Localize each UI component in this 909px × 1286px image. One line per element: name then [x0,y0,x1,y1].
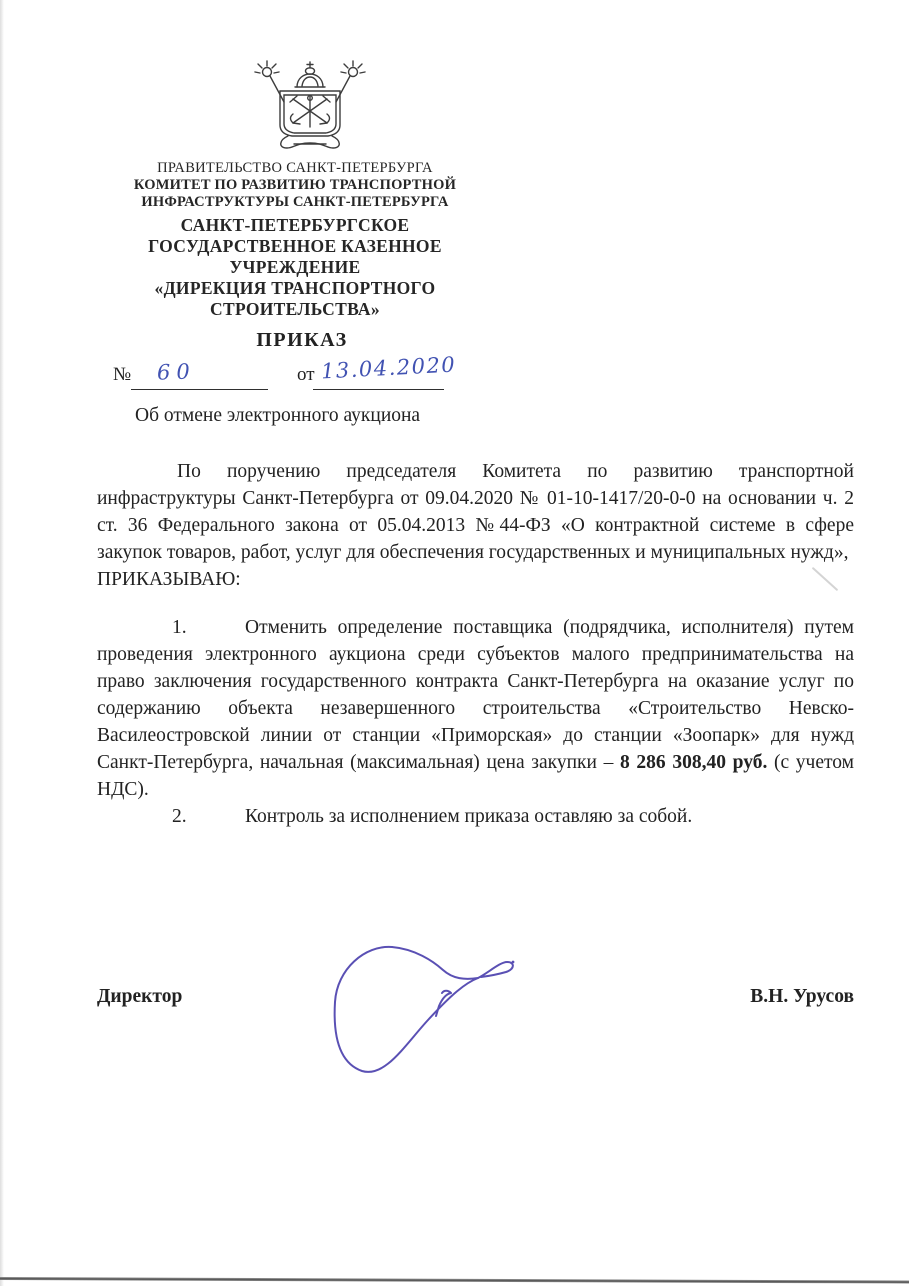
document-title: ПРИКАЗ [117,329,487,352]
handwritten-order-date: 13.04.2020 [320,352,456,383]
item-text: Отменить определение поставщика (подрядч… [97,617,854,773]
signature-stroke-top [392,947,478,979]
item-number: 1. [172,614,245,641]
signer-name: В.Н. Урусов [750,986,854,1008]
resolution-heading: ПРИКАЗЫВАЮ: [97,566,854,593]
item-text: Контроль за исполнением приказа оставляю… [245,806,692,827]
coat-of-arms-icon [250,60,370,158]
document-body: По поручению председателя Комитета по ра… [97,458,854,830]
order-item-1: 1.Отменить определение поставщика (подря… [97,614,854,803]
handwritten-order-number: 60 [157,359,197,384]
scanned-order-document: ПРАВИТЕЛЬСТВО САНКТ-ПЕТЕРБУРГА КОМИТЕТ П… [0,0,909,1286]
number-date-row: № 60 от 13.04.2020 [113,361,473,391]
government-name: ПРАВИТЕЛЬСТВО САНКТ-ПЕТЕРБУРГА [117,160,473,177]
handwritten-signature [325,933,535,1083]
scan-edge-bottom [0,1277,909,1284]
crown-icon [295,62,325,87]
signature-row: Директор В.Н. Урусов [97,986,854,1008]
number-blank-line: 60 [131,361,268,390]
date-blank-line: 13.04.2020 [313,361,444,390]
organization-name-line: СТРОИТЕЛЬСТВА» [117,299,473,320]
item-number: 2. [172,803,245,830]
ribbon-icon [281,136,340,148]
date-label: от [297,364,315,386]
number-label: № [113,364,131,386]
signature-ink-dot [512,961,515,964]
organization-name-line: УЧРЕЖДЕНИЕ [117,257,473,278]
committee-name-line1: КОМИТЕТ ПО РАЗВИТИЮ ТРАНСПОРТНОЙ [117,177,473,194]
organization-name-line: САНКТ-ПЕТЕРБУРГСКОЕ [117,215,473,236]
letterhead: ПРАВИТЕЛЬСТВО САНКТ-ПЕТЕРБУРГА КОМИТЕТ П… [117,160,473,320]
order-subject: Об отмене электронного аукциона [135,405,420,427]
scan-edge-left [0,0,4,1286]
organization-name-line: «ДИРЕКЦИЯ ТРАНСПОРТНОГО [117,278,473,299]
preamble-paragraph: По поручению председателя Комитета по ра… [97,458,854,566]
organization-name: САНКТ-ПЕТЕРБУРГСКОЕ ГОСУДАРСТВЕННОЕ КАЗЕ… [117,215,473,320]
order-items: 1.Отменить определение поставщика (подря… [97,614,854,830]
signature-stroke-main [335,947,513,1072]
committee-name-line2: ИНФРАСТРУКТУРЫ САНКТ-ПЕТЕРБУРГА [117,194,473,211]
contract-amount: 8 286 308,40 руб. [620,752,767,773]
order-item-2: 2.Контроль за исполнением приказа оставл… [97,803,854,830]
organization-name-line: ГОСУДАРСТВЕННОЕ КАЗЕННОЕ [117,236,473,257]
signer-position: Директор [97,986,182,1008]
